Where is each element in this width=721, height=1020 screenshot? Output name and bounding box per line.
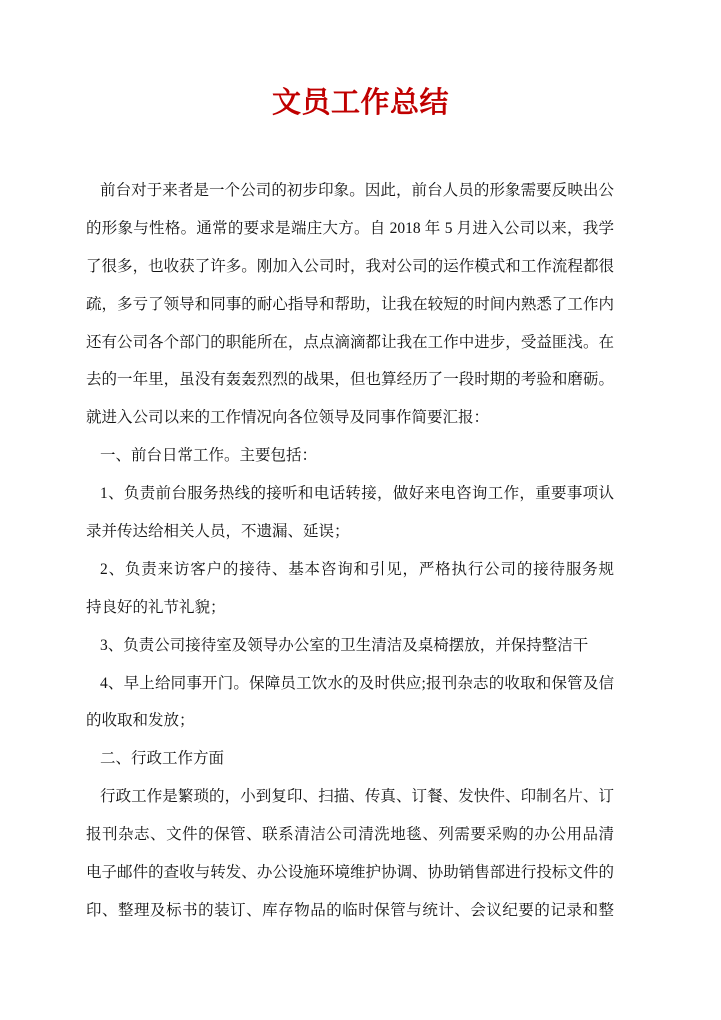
text-line: 报刊杂志、文件的保管、联系清洁公司清洗地毯、列需要采购的办公用品清单、: [86, 816, 614, 854]
text-line: 录并传达给相关人员，不遗漏、延误；: [86, 513, 614, 551]
text-line: 一、前台日常工作。主要包括：: [86, 437, 614, 475]
text-line: 了很多，也收获了许多。刚加入公司时，我对公司的运作模式和工作流程都很生: [86, 248, 614, 286]
text-line: 去的一年里，虽没有轰轰烈烈的战果，但也算经历了一段时期的考验和磨砺。现: [86, 361, 614, 399]
text-line: 还有公司各个部门的职能所在，点点滴滴都让我在工作中进步，受益匪浅。在过: [86, 324, 614, 362]
text-line: 行政工作是繁琐的，小到复印、扫描、传真、订餐、发快件、印制名片、订阅: [86, 778, 614, 816]
text-line: 3、负责公司接待室及领导办公室的卫生清洁及桌椅摆放，并保持整洁干净；: [86, 627, 614, 665]
document-page: 文员工作总结 前台对于来者是一个公司的初步印象。因此，前台人员的形象需要反映出公…: [0, 0, 721, 1020]
text-line: 2、负责来访客户的接待、基本咨询和引见，严格执行公司的接待服务规范，保: [86, 551, 614, 589]
text-line: 1、负责前台服务热线的接听和电话转接，做好来电咨询工作，重要事项认真记: [86, 475, 614, 513]
text-line: 二、行政工作方面: [86, 740, 614, 778]
text-line: 前台对于来者是一个公司的初步印象。因此，前台人员的形象需要反映出公司: [86, 172, 614, 210]
text-line: 4、早上给同事开门。保障员工饮水的及时供应;报刊杂志的收取和保管及信件: [86, 665, 614, 703]
text-line: 疏，多亏了领导和同事的耐心指导和帮助，让我在较短的时间内熟悉了工作内容: [86, 286, 614, 324]
document-body: 前台对于来者是一个公司的初步印象。因此，前台人员的形象需要反映出公司 的形象与性…: [86, 172, 614, 930]
text-line: 电子邮件的查收与转发、办公设施环境维护协调、协助销售部进行投标文件的打: [86, 854, 614, 892]
text-line: 持良好的礼节礼貌；: [86, 589, 614, 627]
document-title: 文员工作总结: [0, 0, 721, 122]
text-line: 就进入公司以来的工作情况向各位领导及同事作简要汇报：: [86, 399, 614, 437]
text-line: 印、整理及标书的装订、库存物品的临时保管与统计、会议纪要的记录和整理，: [86, 892, 614, 930]
text-line: 的收取和发放；: [86, 702, 614, 740]
text-line: 的形象与性格。通常的要求是端庄大方。自 2018 年 5 月进入公司以来，我学到: [86, 210, 614, 248]
